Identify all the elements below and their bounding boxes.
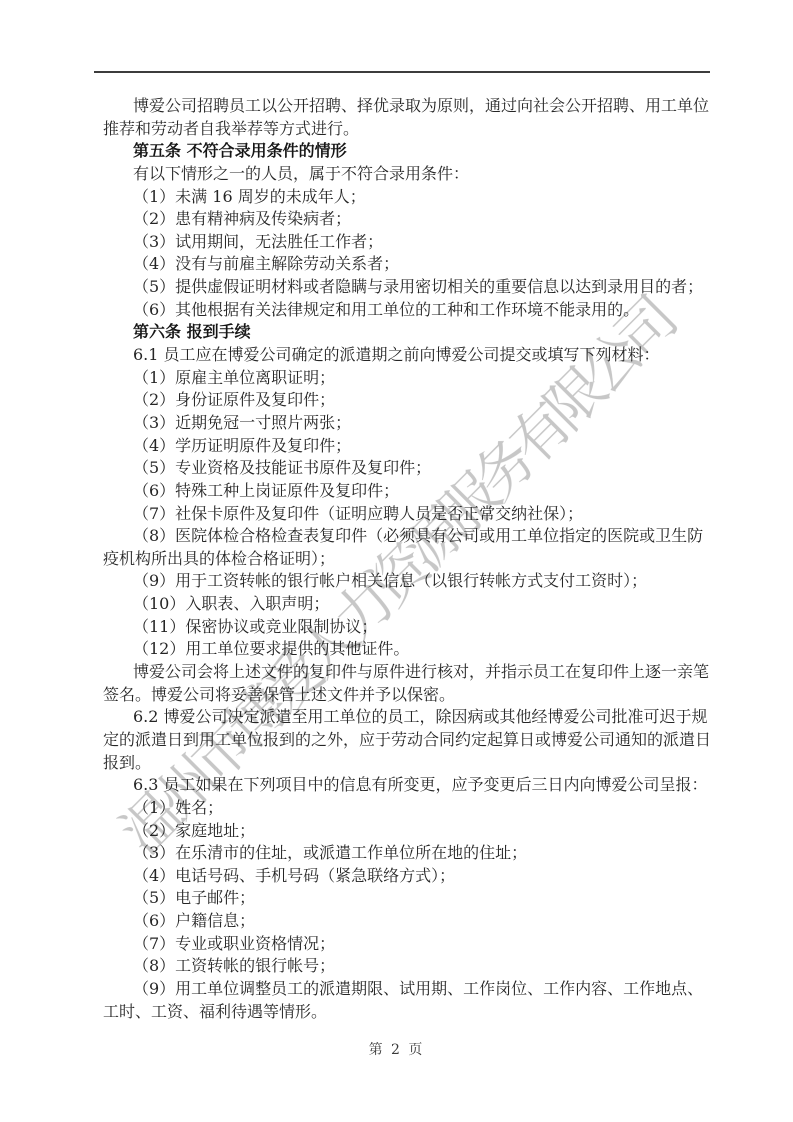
text-line: （5）专业资格及技能证书原件及复印件；	[103, 457, 715, 480]
text-line: （5）提供虚假证明材料或者隐瞒与录用密切相关的重要信息以达到录用目的者；	[103, 276, 715, 299]
heading-line: 第五条 不符合录用条件的情形	[103, 140, 715, 163]
text-line: （4）电话号码、手机号码（紧急联络方式）；	[103, 865, 715, 888]
text-line: （6）其他根据有关法律规定和用工单位的工种和工作环境不能录用的。	[103, 299, 715, 322]
text-line: （10）入职表、入职声明；	[103, 593, 715, 616]
text-line: （9）用工单位调整员工的派遣期限、试用期、工作岗位、工作内容、工作地点、	[103, 978, 715, 1001]
text-line: （1）姓名；	[103, 797, 715, 820]
text-line: （1）原雇主单位离职证明；	[103, 367, 715, 390]
text-line: 6.1 员工应在博爱公司确定的派遣期之前向博爱公司提交或填写下列材料：	[103, 344, 715, 367]
heading-line: 第六条 报到手续	[103, 321, 715, 344]
text-line: 工时、工资、福利待遇等情形。	[103, 1001, 715, 1024]
text-line: （7）社保卡原件及复印件（证明应聘人员是否正常交纳社保）；	[103, 503, 715, 526]
text-line: （9）用于工资转帐的银行帐户相关信息（以银行转帐方式支付工资时）；	[103, 570, 715, 593]
text-line: 6.3 员工如果在下列项目中的信息有所变更，应予变更后三日内向博爱公司呈报：	[103, 774, 715, 797]
text-line: （7）专业或职业资格情况；	[103, 933, 715, 956]
text-line: （3）近期免冠一寸照片两张；	[103, 412, 715, 435]
text-line: （3）在乐清市的住址，或派遣工作单位所在地的住址；	[103, 842, 715, 865]
page-number: 第 2 页	[0, 1039, 793, 1059]
text-line: 博爱公司会将上述文件的复印件与原件进行核对，并指示员工在复印件上逐一亲笔	[103, 661, 715, 684]
text-line: 报到。	[103, 752, 715, 775]
text-line: 签名。博爱公司将妥善保管上述文件并予以保密。	[103, 684, 715, 707]
text-line: （4）没有与前雇主解除劳动关系者；	[103, 253, 715, 276]
text-line: （5）电子邮件；	[103, 887, 715, 910]
text-line: （11）保密协议或竞业限制协议；	[103, 616, 715, 639]
text-line: （2）患有精神病及传染病者；	[103, 208, 715, 231]
text-line: （6）户籍信息；	[103, 910, 715, 933]
text-line: （4）学历证明原件及复印件；	[103, 435, 715, 458]
text-line: （8）医院体检合格检查表复印件（必须具有公司或用工单位指定的医院或卫生防	[103, 525, 715, 548]
text-line: 定的派遣日到用工单位报到的之外，应于劳动合同约定起算日或博爱公司通知的派遣日	[103, 729, 715, 752]
text-line: （2）家庭地址；	[103, 820, 715, 843]
text-line: （2）身份证原件及复印件；	[103, 389, 715, 412]
text-line: 有以下情形之一的人员，属于不符合录用条件：	[103, 163, 715, 186]
text-line: 疫机构所出具的体检合格证明）；	[103, 548, 715, 571]
text-line: （12）用工单位要求提供的其他证件。	[103, 638, 715, 661]
text-line: 博爱公司招聘员工以公开招聘、择优录取为原则，通过向社会公开招聘、用工单位	[103, 95, 715, 118]
document-page: 温州市博爱人力资源服务有限公司 博爱公司招聘员工以公开招聘、择优录取为原则，通过…	[0, 0, 793, 1122]
header-rule	[94, 71, 710, 73]
text-line: （8）工资转帐的银行帐号；	[103, 955, 715, 978]
text-line: 6.2 博爱公司决定派遣至用工单位的员工，除因病或其他经博爱公司批准可迟于规	[103, 706, 715, 729]
document-body: 博爱公司招聘员工以公开招聘、择优录取为原则，通过向社会公开招聘、用工单位推荐和劳…	[103, 95, 715, 1023]
text-line: （3）试用期间，无法胜任工作者；	[103, 231, 715, 254]
text-line: （1）未满 16 周岁的未成年人；	[103, 186, 715, 209]
text-line: 推荐和劳动者自我举荐等方式进行。	[103, 118, 715, 141]
text-line: （6）特殊工种上岗证原件及复印件；	[103, 480, 715, 503]
